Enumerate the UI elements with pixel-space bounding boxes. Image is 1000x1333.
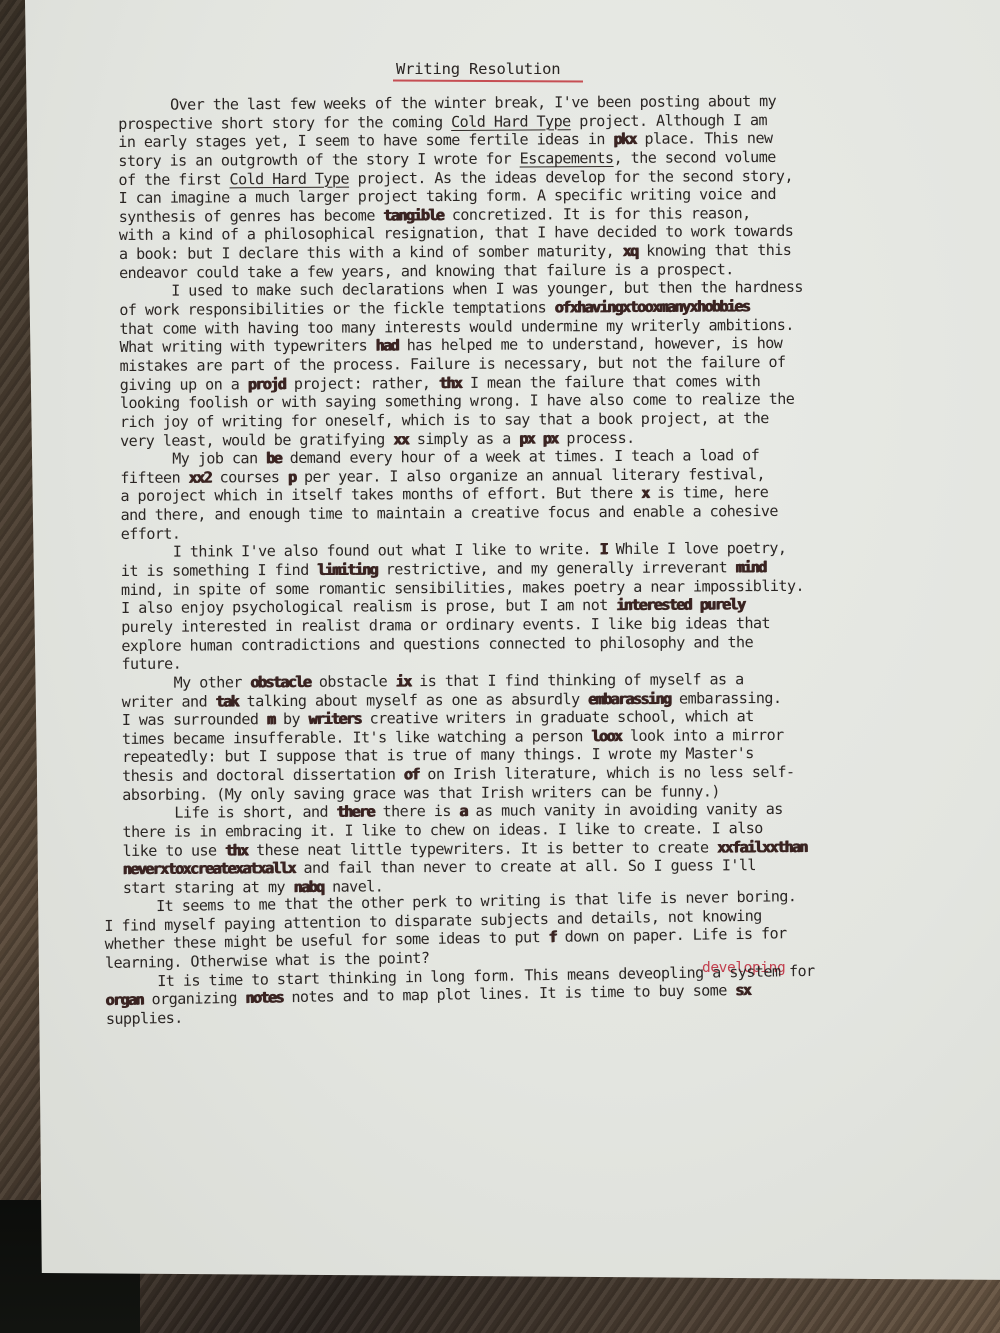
struck-out-text: m [267,710,275,728]
struck-out-text: xq [623,242,638,260]
text-segment: I also enjoy psychological realism is pr… [121,596,616,617]
text-segment: a book: but I declare this with a kind o… [119,242,623,263]
text-segment: explore human contradictions and questio… [121,633,753,655]
text-segment: supplies. [106,1009,183,1028]
text-segment: per year. I also organize an annual lite… [295,465,765,486]
text-segment: giving up on a [120,375,248,394]
struck-out-text: xx [393,430,408,448]
text-segment: it is something I find [121,561,317,580]
struck-out-text: xx2 [189,468,212,486]
text-segment: start staring at my [123,878,294,897]
text-segment: and there, and enough time to maintain a… [121,502,778,524]
text-segment: times became insufferable. It's like wat… [122,727,592,748]
text-segment: is time, here [649,483,769,502]
text-segment: of work responsibilities or the fickle t… [119,298,555,319]
struck-out-text: neverxtoxcreatexatxallx [123,859,295,878]
text-segment: organizing [143,989,246,1009]
struck-out-text: had [376,337,399,355]
struck-out-text: tangible [383,206,443,224]
text-segment: down on paper. Life is for [556,925,787,947]
text-segment: fifteen [120,468,188,486]
text-segment: project. Although I am [571,111,767,130]
struck-out-text: obstacle [250,673,310,691]
text-segment: very least, would be gratifying [120,430,393,450]
struck-out-text: be [266,449,281,467]
text-segment: project: rather, [285,374,439,393]
struck-out-text: limiting [317,560,377,578]
text-segment: of the first [118,170,229,189]
struck-out-text: thx [439,374,462,392]
text-segment: concretized. It is for this reason, [443,204,750,224]
text-segment: While I love poetry, [607,539,786,558]
struck-out-text: nabq [294,878,324,896]
text-segment: talking about myself as one as absurdly [238,690,588,710]
text-segment: a poroject which in itself takes months … [120,484,641,505]
struck-out-text: notes [245,988,283,1007]
text-segment: as much vanity in avoiding vanity as [467,800,783,820]
text-segment: I was surrounded [122,710,267,729]
text-segment: Life is short, and [174,803,336,822]
document-body: Over the last few weeks of the winter br… [118,91,943,898]
text-segment: What writing with typewriters [119,337,375,357]
text-segment: prospective short story for the coming [118,113,451,133]
struck-out-text: xxfailxxthan [717,837,807,856]
paragraph: Over the last few weeks of the winter br… [118,91,939,282]
text-segment: synthesis of genres has become [119,206,384,226]
text-segment: place. This new [636,129,773,148]
underlined-title: Escapements [520,149,614,168]
underlined-title: Cold Hard Type [451,112,571,131]
text-segment: effort. [121,524,181,542]
text-segment: obstacle [310,672,395,691]
text-segment: knowing that this [638,241,792,260]
typed-document: Writing Resolution Over the last few wee… [0,0,1000,1333]
title-red-underline [393,80,583,83]
text-segment [534,429,543,447]
text-segment: simply as a [408,429,519,448]
paragraph: I used to make such declarations when I … [119,277,940,450]
paragraph: It seems to me that the other perk to wr… [104,884,965,972]
struck-out-text: of [404,765,419,783]
text-segment: My job can [172,449,266,468]
text-segment: in early stages yet, I seem to have some… [118,130,613,151]
text-segment: thesis and doctoral dissertation [122,765,404,785]
text-segment: has helped me to understand, however, is… [398,334,782,354]
underlined-title: Cold Hard Type [229,169,349,188]
struck-out-text: a [459,802,467,820]
struck-out-text: loox [591,727,621,745]
struck-out-text: writers [309,710,362,728]
text-segment: like to use [123,841,226,860]
text-segment: , the second volume [614,148,776,167]
text-segment: look into a mirror [621,726,783,745]
text-segment: rich joy of writing for oneself, which i… [120,409,769,431]
struck-out-text: projd [248,375,286,393]
struck-out-text: purely [700,595,745,613]
struck-out-text: pkx [613,130,636,148]
text-segment: and fail than never to create at all. So… [295,856,756,877]
text-segment: story is an outgrowth of the story I wro… [118,149,519,169]
struck-out-text: sx [735,981,750,999]
text-segment: demand every hour of a week at times. I … [281,446,759,467]
struck-out-text: mind [736,558,766,576]
text-segment: these neat little typewriters. It is bet… [247,838,717,859]
document-body-tail: It seems to me that the other perk to wr… [104,884,966,1028]
text-segment: embarassing. [670,688,781,707]
paragraph: I think I've also found out what I like … [121,538,942,673]
paragraph: Life is short, and there there is a as m… [122,799,943,897]
struck-out-text: ix [396,672,411,690]
text-segment: by [274,710,308,728]
struck-out-text: embarassing [588,689,670,708]
text-segment: restrictive, and my generally irreverant [377,558,736,578]
text-segment: My other [174,673,251,691]
text-segment: courses [211,468,288,486]
struck-out-text: px [543,429,558,447]
text-segment: on Irish literature, which is no less se… [419,763,795,783]
struck-out-text: px [519,429,534,447]
text-segment: future. [121,655,181,673]
struck-out-text: ofxhavingxtooxmanyxhobbies [555,297,750,316]
text-segment: project. As the ideas develop for the se… [349,166,793,187]
document-title: Writing Resolution [396,60,560,78]
text-segment [691,596,700,614]
struck-out-text: organ [105,991,143,1010]
paragraph: My other obstacle obstacle ix is that I … [122,669,943,804]
text-segment: there is [374,802,459,821]
text-segment: creative writers in graduate school, whi… [361,707,754,727]
struck-out-text: interested [616,596,691,614]
paragraph: My job can be demand every hour of a wee… [120,445,941,543]
text-segment: writer and [122,692,216,711]
struck-out-text: there [337,803,375,821]
struck-out-text: thx [225,841,248,859]
text-segment: I think I've also found out what I like … [173,540,600,561]
text-segment: process. [558,428,635,446]
struck-out-text: tak [216,692,239,710]
text-segment: is that I find thinking of myself as a [411,670,744,690]
text-segment: I mean the failure that comes with [461,372,760,392]
